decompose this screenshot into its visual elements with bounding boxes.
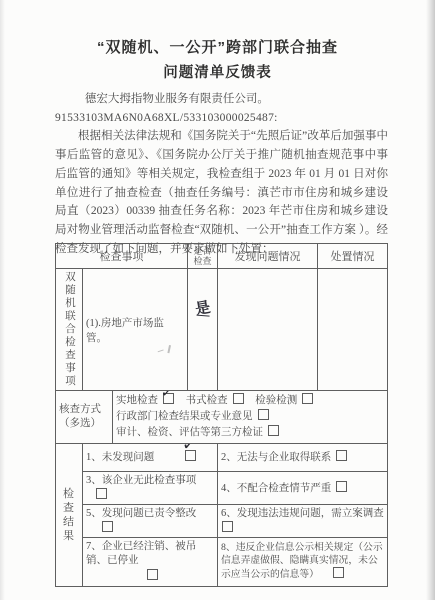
table-header-row: 检查事项 是否检查 发现问题情况 处置情况 [56,244,388,269]
checkbox: ✓ [222,521,233,532]
intro-paragraph: 根据相关法律法规和《国务院关于“先照后证”改革后加强事中事后监管的意见》、《国务… [55,127,388,258]
header-disposal: 处置情况 [318,244,388,269]
disposal-cell [318,269,388,391]
method-option: 检验检测✓ [255,395,313,406]
result-option-4: 4、不配合检查情节严重✓ [218,472,388,505]
checkbox: ✓ [258,409,269,420]
result-option-1: 1、未发现问题 ✓ [83,444,218,472]
result-option-2: 2、无法与企业取得联系✓ [218,444,388,472]
header-check-items: 检查事项 [56,244,188,269]
checkbox: ✓ [102,521,113,532]
result-row-2: 3、该企业无此检查事项✓ 4、不配合检查情节严重✓ [56,472,388,505]
handwritten-check: ✓ [181,444,196,454]
credit-code: 91533103MA6N0A68XL/533103000025487: [55,109,388,128]
checkbox: ✓ [147,569,158,580]
result-row-1: 检查结果 1、未发现问题 ✓ 2、无法与企业取得联系✓ [56,444,388,472]
page-right-edge-shadow [426,0,435,600]
result-option-8: 8、违反企业信息公示相关规定（公示信息弄虚做假、隐瞒真实情况，未公示应当公示的信… [218,538,388,587]
checked-or-not-cell: 是 [188,269,218,391]
header-checked-or-not: 是否检查 [188,244,218,269]
checkbox: ✓ [333,567,344,578]
inspection-table: 检查事项 是否检查 发现问题情况 处置情况 双随机联合检查事项 (1).房地产市… [55,243,388,587]
row-group-label-cell: 双随机联合检查事项 [56,269,83,391]
checkbox: ✓ [336,481,347,492]
check-item-cell: (1).房地产市场监管。 [83,269,188,391]
checkbox: ✓ [163,393,174,404]
page-left-edge-shadow [0,0,5,600]
checkbox: ✓ [233,393,244,404]
handwritten-shi: 是 [193,296,212,317]
check-item-text: (1).房地产市场监管。 [86,318,164,344]
form-title-line1: “双随机、一公开”跨部门联合抽查 [0,36,435,57]
method-option: 审计、检资、评估等第三方检证✓ [116,427,279,438]
method-option: 实地检查✓ [116,395,174,406]
checkbox: ✓ [268,425,279,436]
scanned-page: “双随机、一公开”跨部门联合抽查 问题清单反馈表 德宏大拇指物业服务有限责任公司… [0,0,435,600]
form-title-line2: 问题清单反馈表 [0,61,435,82]
checkbox: ✓ [96,488,107,499]
method-options-cell: 实地检查✓ 书式检查✓ 检验检测✓ 行政部门检查结果或专业意见✓ 审计、检资、评… [113,391,388,444]
result-option-5: 5、发现问题已责令整改✓ [83,505,218,538]
result-option-3: 3、该企业无此检查事项✓ [83,472,218,505]
header-found-problems: 发现问题情况 [218,244,318,269]
result-row-4: 7、企业已经注销、被吊销、已停业 ✓ 8、违反企业信息公示相关规定（公示信息弄虚… [56,538,388,587]
result-option-6: 6、发现违法违规问题，需立案调查✓ [218,505,388,538]
check-item-row: 双随机联合检查事项 (1).房地产市场监管。 是 [56,269,388,391]
intro-block: 德宏大拇指物业服务有限责任公司。 91533103MA6N0A68XL/5331… [55,90,388,258]
checkbox: ✓ [336,450,347,461]
checkbox: ✓ [185,450,196,461]
method-option: 书式检查✓ [186,395,244,406]
result-row-3: 5、发现问题已责令整改✓ 6、发现违法违规问题，需立案调查✓ [56,505,388,538]
row-group-label: 双随机联合检查事项 [59,271,79,388]
handwritten-check: ✓ [160,391,173,402]
stray-ink-marks [157,343,171,356]
result-label-cell: 检查结果 [56,444,83,587]
method-row: 核查方式（多选） 实地检查✓ 书式检查✓ 检验检测✓ 行政部门检查结果或专业意见… [56,391,388,444]
company-name: 德宏大拇指物业服务有限责任公司。 [55,90,388,109]
method-label-cell: 核查方式（多选） [56,391,113,444]
method-option: 行政部门检查结果或专业意见✓ [116,411,269,422]
result-option-7: 7、企业已经注销、被吊销、已停业 ✓ [83,538,218,587]
found-problems-cell [218,269,318,391]
checkbox: ✓ [302,393,313,404]
